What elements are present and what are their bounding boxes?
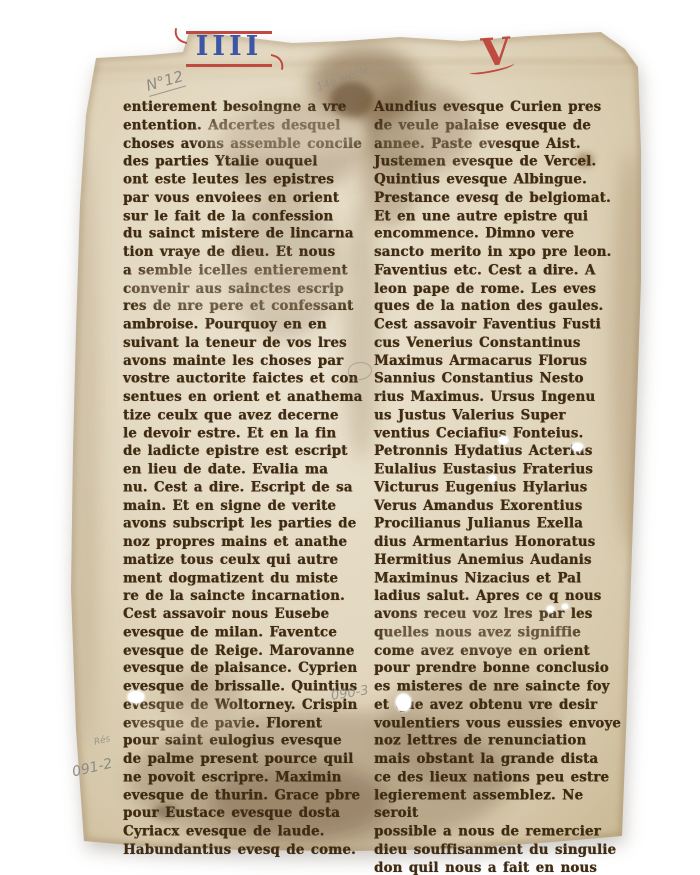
folio-numeral-right-text: V bbox=[480, 28, 513, 75]
worm-hole bbox=[489, 475, 496, 482]
worm-hole bbox=[128, 691, 144, 703]
folio-numeral-left-text: IIII bbox=[196, 31, 263, 62]
worm-hole bbox=[547, 606, 554, 612]
worm-hole bbox=[562, 604, 568, 609]
folio-numeral-left: IIII bbox=[186, 31, 272, 67]
worm-hole bbox=[499, 436, 508, 444]
folio-numeral-right: V bbox=[464, 28, 527, 78]
faded-area bbox=[378, 112, 498, 162]
text-column-left: entierement besoingne a vre entention. A… bbox=[123, 99, 367, 859]
stain bbox=[72, 150, 100, 750]
text-column-right: Aundius evesque Curien pres de veule pal… bbox=[374, 99, 630, 875]
worm-hole bbox=[572, 443, 583, 451]
worm-hole bbox=[396, 694, 411, 711]
photo-background: IIII V entierement besoingne a vre enten… bbox=[0, 0, 700, 875]
faded-area bbox=[380, 612, 580, 652]
faded-area bbox=[130, 700, 250, 740]
faded-area bbox=[200, 112, 365, 156]
faded-area bbox=[128, 258, 358, 316]
